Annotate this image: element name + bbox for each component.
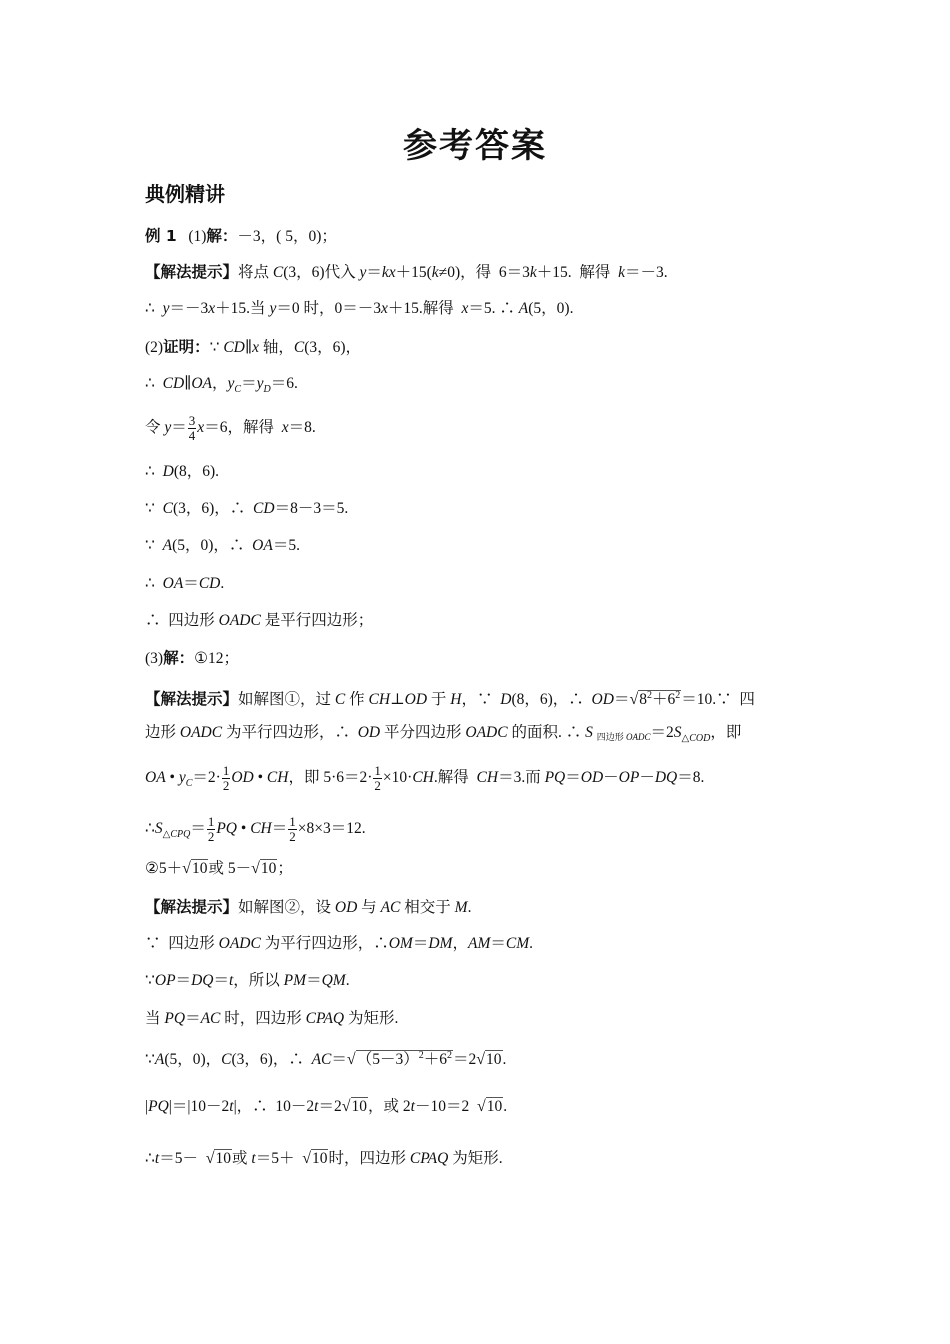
line-14: 边形 OADC 为平行四边形，∴ OD 平分四边形 OADC 的面积. ∴ S … [145,723,741,749]
section-heading: 典例精讲 [145,178,225,207]
line-13: 【解法提示】如解图①，过 C 作 CH⊥OD 于 H，∵ D(8，6)，∴ OD… [145,686,755,710]
line-7: ∴ D(8，6). [145,462,219,482]
line-1: 例 1 (1)解：－3，( 5，0)； [145,226,337,247]
line-3: ∴ y＝－3x＋15.当 y＝0 时，0＝－3x＋15.解得 x＝5. ∴ A(… [145,299,573,319]
line-23: |PQ|＝|10－2t|，∴ 10－2t＝2√10，或 2t－10＝2 √10. [145,1097,507,1117]
line-16: ∴S△CPQ＝12PQ • CH＝12×8×3＝12. [145,815,366,845]
line-10: ∴ OA＝CD. [145,574,224,594]
line-4: (2)证明：∵ CD∥x 轴，C(3，6)， [145,337,361,358]
line-18: 【解法提示】如解图②，设 OD 与 AC 相交于 M. [145,897,471,918]
line-15: OA • yC＝2·12OD • CH，即 5·6＝2·12×10·CH.解得 … [145,764,704,794]
line-9: ∵ A(5，0)，∴ OA＝5. [145,536,300,556]
line-5: ∴ CD∥OA，yC＝yD＝6. [145,374,298,400]
line-2: 【解法提示】将点 C(3，6)代入 y＝kx＋15(k≠0)，得 6＝3k＋15… [145,262,668,283]
line-22: ∵A(5，0)，C(3，6)，∴ AC＝√（5－3）2＋62＝2√10. [145,1046,506,1070]
line-17: ②5＋√10或 5－√10； [145,859,293,879]
line-8: ∵ C(3，6)，∴ CD＝8－3＝5. [145,499,348,519]
line-12: (3)解：①12； [145,648,239,669]
line-19: ∵ 四边形 OADC 为平行四边形，∴OM＝DM，AM＝CM. [145,934,533,954]
line-24: ∴t＝5－ √10或 t＝5＋ √10时，四边形 CPAQ 为矩形. [145,1149,503,1169]
line-21: 当 PQ＝AC 时，四边形 CPAQ 为矩形. [145,1009,398,1029]
line-6: 令 y＝34x＝6，解得 x＝8. [145,414,316,443]
page-title: 参考答案 [0,118,950,167]
line-20: ∵OP＝DQ＝t，所以 PM＝QM. [145,971,350,991]
line-11: ∴ 四边形 OADC 是平行四边形； [145,611,373,631]
